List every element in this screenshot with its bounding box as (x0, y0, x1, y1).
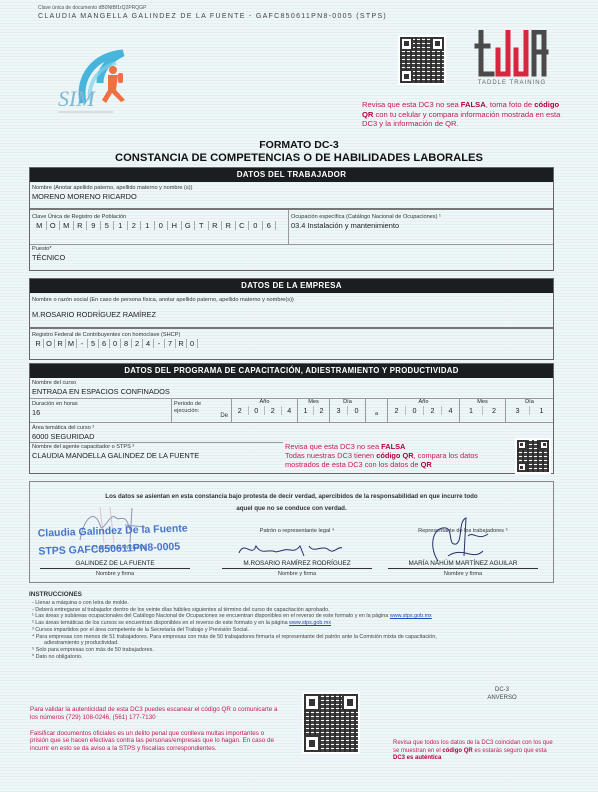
qr-code-top[interactable] (398, 35, 446, 85)
to-day[interactable]: Día31 (506, 399, 553, 422)
worker-section: DATOS DEL TRABAJADOR Nombre (Anotar apel… (29, 167, 554, 271)
rfc-label: Registro Federal de Contribuyentes con h… (30, 332, 553, 339)
instructor-stamp-small: CLAUDIA MANOELLA (92, 545, 146, 551)
brand-subtitle: TADDLE TRAINING (470, 80, 554, 86)
instruction-item: ⁵ Solo para empresas con más de 50 traba… (32, 647, 552, 654)
area-value[interactable]: 6000 SEGURIDAD (30, 432, 553, 441)
date-digit: 3 (506, 406, 530, 415)
instruction-item: ¹ Las áreas y subáreas ocupacionales del… (32, 613, 552, 620)
worker-section-title: DATOS DEL TRABAJADOR (30, 168, 553, 182)
company-name-label: Nombre o razón social (En caso de person… (30, 297, 553, 304)
taddle-training-logo (474, 30, 550, 80)
date-digit: 0 (249, 406, 266, 415)
char-cell: 2 (128, 221, 142, 230)
instruction-item: ³ Cursos impartidos por el área competen… (32, 627, 552, 634)
qr-warning-top: Revisa que esta DC3 no sea FALSA, toma f… (362, 100, 562, 129)
duration-label: Duración en horas (30, 401, 171, 408)
char-cell: R (176, 339, 187, 348)
course-value[interactable]: ENTRADA EN ESPACIOS CONFINADOS (30, 387, 553, 396)
curp-label: Clave Única de Registro de Población (30, 214, 288, 221)
worker-name-label: Nombre (Anotar apellido paterno, apellid… (30, 185, 553, 192)
char-cell: O (44, 339, 55, 348)
date-digit: 2 (265, 406, 282, 415)
from-year[interactable]: Año2024 (232, 399, 298, 422)
instruction-item: ⁴ Para empresas con menos de 51 trabajad… (32, 634, 552, 641)
employer-caption: Nombre y firma (222, 571, 372, 577)
date-digit: 2 (388, 406, 406, 415)
from-day[interactable]: Día30 (330, 399, 366, 422)
char-cell: M (66, 339, 77, 348)
sim-logo: SIM (28, 48, 148, 118)
char-cell: 5 (88, 339, 99, 348)
char-cell: 6 (263, 221, 277, 230)
char-cell: 0 (249, 221, 263, 230)
instruction-item: - Llenar a máquina o con letra de molde. (32, 600, 552, 607)
date-digit: 3 (330, 406, 348, 415)
char-cell: - (77, 339, 88, 348)
duration-value[interactable]: 16 (30, 408, 171, 417)
form-title: FORMATO DC-3 (0, 139, 598, 151)
to-year[interactable]: Año2024 (388, 399, 460, 422)
char-cell: C (236, 221, 250, 230)
period-label: Periodo de ejecución: (172, 401, 208, 415)
occupation-value[interactable]: 03.4 Instalación y mantenimiento (289, 221, 553, 230)
stps-link[interactable]: www.stps.gob.mx (289, 620, 331, 626)
date-digit: 1 (530, 406, 553, 415)
date-digit: 2 (424, 406, 442, 415)
date-digit: 1 (298, 406, 314, 415)
instructions-title: INSTRUCCIONES (29, 591, 82, 598)
char-cell: 6 (99, 339, 110, 348)
course-label: Nombre del curso (30, 380, 553, 387)
workers-rep-name: MARÍA NAHÚM MARTÍNEZ AGUILAR (388, 560, 538, 569)
qr-warning-middle: Revisa que esta DC3 no sea FALSA Todas n… (285, 442, 505, 469)
issuer-line: CLAUDIA MANGELLA GALINDEZ DE LA FUENTE -… (38, 13, 387, 20)
instruction-item: * Dato no obligatorio. (32, 654, 552, 661)
char-cell: R (74, 221, 88, 230)
char-cell: 2 (132, 339, 143, 348)
declaration-line-1: Los datos se asientan en esta constancia… (29, 493, 554, 500)
char-cell: 7 (165, 339, 176, 348)
to-label: a (366, 411, 387, 418)
char-cell: 0 (110, 339, 121, 348)
instructor-stamp: Claudia Galindez De la Fuente STPS GAFC8… (38, 522, 189, 557)
employer-signature: Patrón o representante legal ⁴ M.ROSARIO… (222, 528, 372, 577)
to-label-box: a (366, 399, 388, 422)
employer-role: Patrón o representante legal ⁴ (222, 528, 372, 538)
stps-link[interactable]: www.stps.gob.mx (390, 613, 432, 619)
instruction-item: ² Las áreas temáticas de los cursos se e… (32, 620, 552, 627)
qr-code-bottom[interactable] (302, 692, 360, 754)
document-key-value: dB0NtBf1rQ2PRQGP (99, 5, 147, 11)
char-cell: T (195, 221, 209, 230)
agent-label: Nombre del agente capacitador o STPS ³ (30, 444, 283, 451)
from-month[interactable]: Mes12 (298, 399, 330, 422)
date-digit: 2 (232, 406, 249, 415)
agent-value[interactable]: CLAUDIA MANOELLA GALINDEZ DE LA FUENTE (30, 451, 283, 460)
workers-rep-signature: Representante de los trabajadores ⁵ MARÍ… (388, 528, 538, 577)
instructor-caption: Nombre y firma (40, 571, 190, 577)
from-label: De (218, 413, 228, 420)
char-cell: 5 (101, 221, 115, 230)
instructions-list: - Llenar a máquina o con letra de molde.… (32, 600, 552, 660)
char-cell: 1 (114, 221, 128, 230)
char-cell: 0 (187, 339, 198, 348)
char-cell: R (222, 221, 236, 230)
char-cell: 9 (87, 221, 101, 230)
char-cell: 4 (143, 339, 154, 348)
instruction-item: adiestramiento y productividad. (32, 640, 552, 647)
qr-warning-bottom: Revisa que todos los datos de la DC3 coi… (393, 740, 558, 763)
position-label: Puesto* (30, 246, 553, 253)
date-digit: 0 (406, 406, 424, 415)
date-digit: 2 (483, 406, 505, 415)
company-name-value[interactable]: M.ROSARIO RODRÍGUEZ RAMÍREZ (30, 310, 553, 319)
position-value[interactable]: TÉCNICO (30, 253, 553, 262)
workers-caption: Nombre y firma (388, 571, 538, 577)
rfc-cells[interactable]: RORM-560824-7R0 (30, 339, 553, 348)
date-digit: 2 (314, 406, 329, 415)
char-cell: R (33, 339, 44, 348)
company-section-title: DATOS DE LA EMPRESA (30, 279, 553, 293)
form-subtitle: CONSTANCIA DE COMPETENCIAS O DE HABILIDA… (0, 152, 598, 164)
validate-text: Para validar la autenticidad de esta DC3… (30, 706, 280, 722)
employer-signature-scribble (234, 538, 344, 560)
authenticity-notice: Para validar la autenticidad de esta DC3… (30, 706, 280, 753)
qr-code-middle[interactable] (515, 438, 551, 474)
occupation-label: Ocupación específica (Catálogo Nacional … (289, 214, 553, 221)
instructor-name: GALINDEZ DE LA FUENTE (40, 560, 190, 569)
area-label: Área temática del curso ² (30, 425, 553, 432)
document-key: Clave única de documento dB0NtBf1rQ2PRQG… (38, 5, 146, 11)
program-section-title: DATOS DEL PROGRAMA DE CAPACITACIÓN, ADIE… (30, 364, 553, 378)
char-cell: 1 (141, 221, 155, 230)
date-digit: 1 (460, 406, 483, 415)
char-cell: H (168, 221, 182, 230)
form-code: DC-3 ANVERSO (472, 686, 532, 702)
worker-name-value[interactable]: MORENO MORENO RICARDO (30, 192, 553, 201)
legal-warning-text: Falsificar documentos oficiales es un de… (30, 730, 280, 753)
workers-signature-scribble (418, 516, 498, 566)
char-cell: 8 (121, 339, 132, 348)
company-section: DATOS DE LA EMPRESA Nombre o razón socia… (29, 278, 554, 360)
char-cell: - (154, 339, 165, 348)
employer-name: M.ROSARIO RAMÍREZ RODRÍGUEZ (222, 560, 372, 569)
char-cell: M (60, 221, 74, 230)
char-cell: R (55, 339, 66, 348)
char-cell: O (47, 221, 61, 230)
date-digit: 4 (442, 406, 459, 415)
curp-cells[interactable]: MOMR951210HGTRRC06 (30, 221, 288, 230)
date-digit: 4 (282, 406, 298, 415)
instruction-item: - Deberá entregarse al trabajador dentro… (32, 607, 552, 614)
date-digit: 0 (348, 406, 365, 415)
char-cell: G (182, 221, 196, 230)
char-cell: M (33, 221, 47, 230)
char-cell: 0 (155, 221, 169, 230)
char-cell: R (209, 221, 223, 230)
document-key-label: Clave única de documento (38, 5, 97, 11)
to-month[interactable]: Mes12 (460, 399, 506, 422)
svg-text:SIM: SIM (58, 86, 96, 111)
